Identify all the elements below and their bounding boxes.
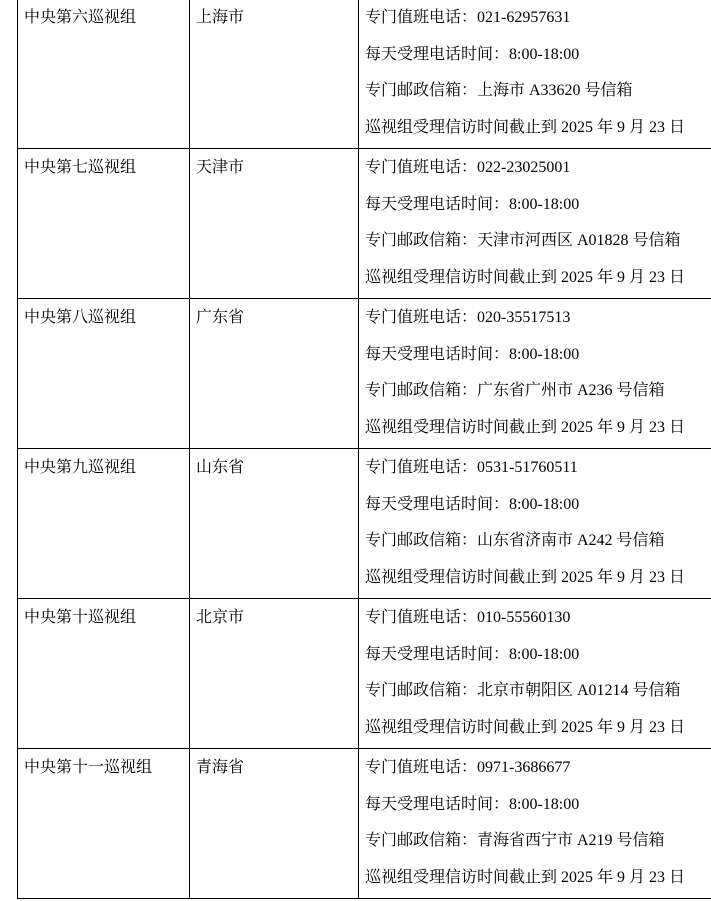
mailbox-line: 专门邮政信箱：北京市朝阳区 A01214 号信箱 <box>365 673 711 710</box>
deadline-line: 巡视组受理信访时间截止到 2025 年 9 月 23 日 <box>365 110 711 147</box>
group-name-cell: 中央第八巡视组 <box>18 299 190 449</box>
group-name-cell: 中央第七巡视组 <box>18 149 190 299</box>
table-row: 中央第十巡视组 北京市 专门值班电话：010-55560130 每天受理电话时间… <box>18 599 711 749</box>
table-row: 中央第六巡视组 上海市 专门值班电话：021-62957631 每天受理电话时间… <box>18 0 711 149</box>
mailbox-line: 专门邮政信箱：上海市 A33620 号信箱 <box>365 73 711 110</box>
deadline-line: 巡视组受理信访时间截止到 2025 年 9 月 23 日 <box>365 260 711 297</box>
phone-hours-line: 每天受理电话时间：8:00-18:00 <box>365 337 711 374</box>
phone-hours-line: 每天受理电话时间：8:00-18:00 <box>365 187 711 224</box>
mailbox-line: 专门邮政信箱：广东省广州市 A236 号信箱 <box>365 373 711 410</box>
duty-phone-line: 专门值班电话：0971-3686677 <box>365 750 711 787</box>
contact-details-cell: 专门值班电话：022-23025001 每天受理电话时间：8:00-18:00 … <box>359 149 711 299</box>
deadline-line: 巡视组受理信访时间截止到 2025 年 9 月 23 日 <box>365 560 711 597</box>
group-name-cell: 中央第六巡视组 <box>18 0 190 149</box>
region-cell: 天津市 <box>190 149 359 299</box>
phone-hours-line: 每天受理电话时间：8:00-18:00 <box>365 787 711 824</box>
duty-phone-line: 专门值班电话：0531-51760511 <box>365 450 711 487</box>
region-cell: 山东省 <box>190 449 359 599</box>
mailbox-line: 专门邮政信箱：青海省西宁市 A219 号信箱 <box>365 823 711 860</box>
deadline-line: 巡视组受理信访时间截止到 2025 年 9 月 23 日 <box>365 410 711 447</box>
group-name-cell: 中央第十巡视组 <box>18 599 190 749</box>
phone-hours-line: 每天受理电话时间：8:00-18:00 <box>365 637 711 674</box>
table-row: 中央第八巡视组 广东省 专门值班电话：020-35517513 每天受理电话时间… <box>18 299 711 449</box>
group-name-cell: 中央第九巡视组 <box>18 449 190 599</box>
deadline-line: 巡视组受理信访时间截止到 2025 年 9 月 23 日 <box>365 860 711 897</box>
duty-phone-line: 专门值班电话：020-35517513 <box>365 300 711 337</box>
inspection-contact-table-wrap: 中央第六巡视组 上海市 专门值班电话：021-62957631 每天受理电话时间… <box>17 0 711 899</box>
table-row: 中央第七巡视组 天津市 专门值班电话：022-23025001 每天受理电话时间… <box>18 149 711 299</box>
duty-phone-line: 专门值班电话：022-23025001 <box>365 150 711 187</box>
region-cell: 上海市 <box>190 0 359 149</box>
contact-details-cell: 专门值班电话：020-35517513 每天受理电话时间：8:00-18:00 … <box>359 299 711 449</box>
region-cell: 青海省 <box>190 749 359 899</box>
table-row: 中央第九巡视组 山东省 专门值班电话：0531-51760511 每天受理电话时… <box>18 449 711 599</box>
contact-details-cell: 专门值班电话：010-55560130 每天受理电话时间：8:00-18:00 … <box>359 599 711 749</box>
region-cell: 北京市 <box>190 599 359 749</box>
mailbox-line: 专门邮政信箱：山东省济南市 A242 号信箱 <box>365 523 711 560</box>
region-cell: 广东省 <box>190 299 359 449</box>
inspection-contact-table: 中央第六巡视组 上海市 专门值班电话：021-62957631 每天受理电话时间… <box>17 0 711 899</box>
contact-details-cell: 专门值班电话：0531-51760511 每天受理电话时间：8:00-18:00… <box>359 449 711 599</box>
duty-phone-line: 专门值班电话：010-55560130 <box>365 600 711 637</box>
phone-hours-line: 每天受理电话时间：8:00-18:00 <box>365 37 711 74</box>
document-page: 中央第六巡视组 上海市 专门值班电话：021-62957631 每天受理电话时间… <box>0 0 711 901</box>
duty-phone-line: 专门值班电话：021-62957631 <box>365 0 711 37</box>
phone-hours-line: 每天受理电话时间：8:00-18:00 <box>365 487 711 524</box>
group-name-cell: 中央第十一巡视组 <box>18 749 190 899</box>
deadline-line: 巡视组受理信访时间截止到 2025 年 9 月 23 日 <box>365 710 711 747</box>
mailbox-line: 专门邮政信箱：天津市河西区 A01828 号信箱 <box>365 223 711 260</box>
contact-details-cell: 专门值班电话：0971-3686677 每天受理电话时间：8:00-18:00 … <box>359 749 711 899</box>
table-row: 中央第十一巡视组 青海省 专门值班电话：0971-3686677 每天受理电话时… <box>18 749 711 899</box>
contact-details-cell: 专门值班电话：021-62957631 每天受理电话时间：8:00-18:00 … <box>359 0 711 149</box>
